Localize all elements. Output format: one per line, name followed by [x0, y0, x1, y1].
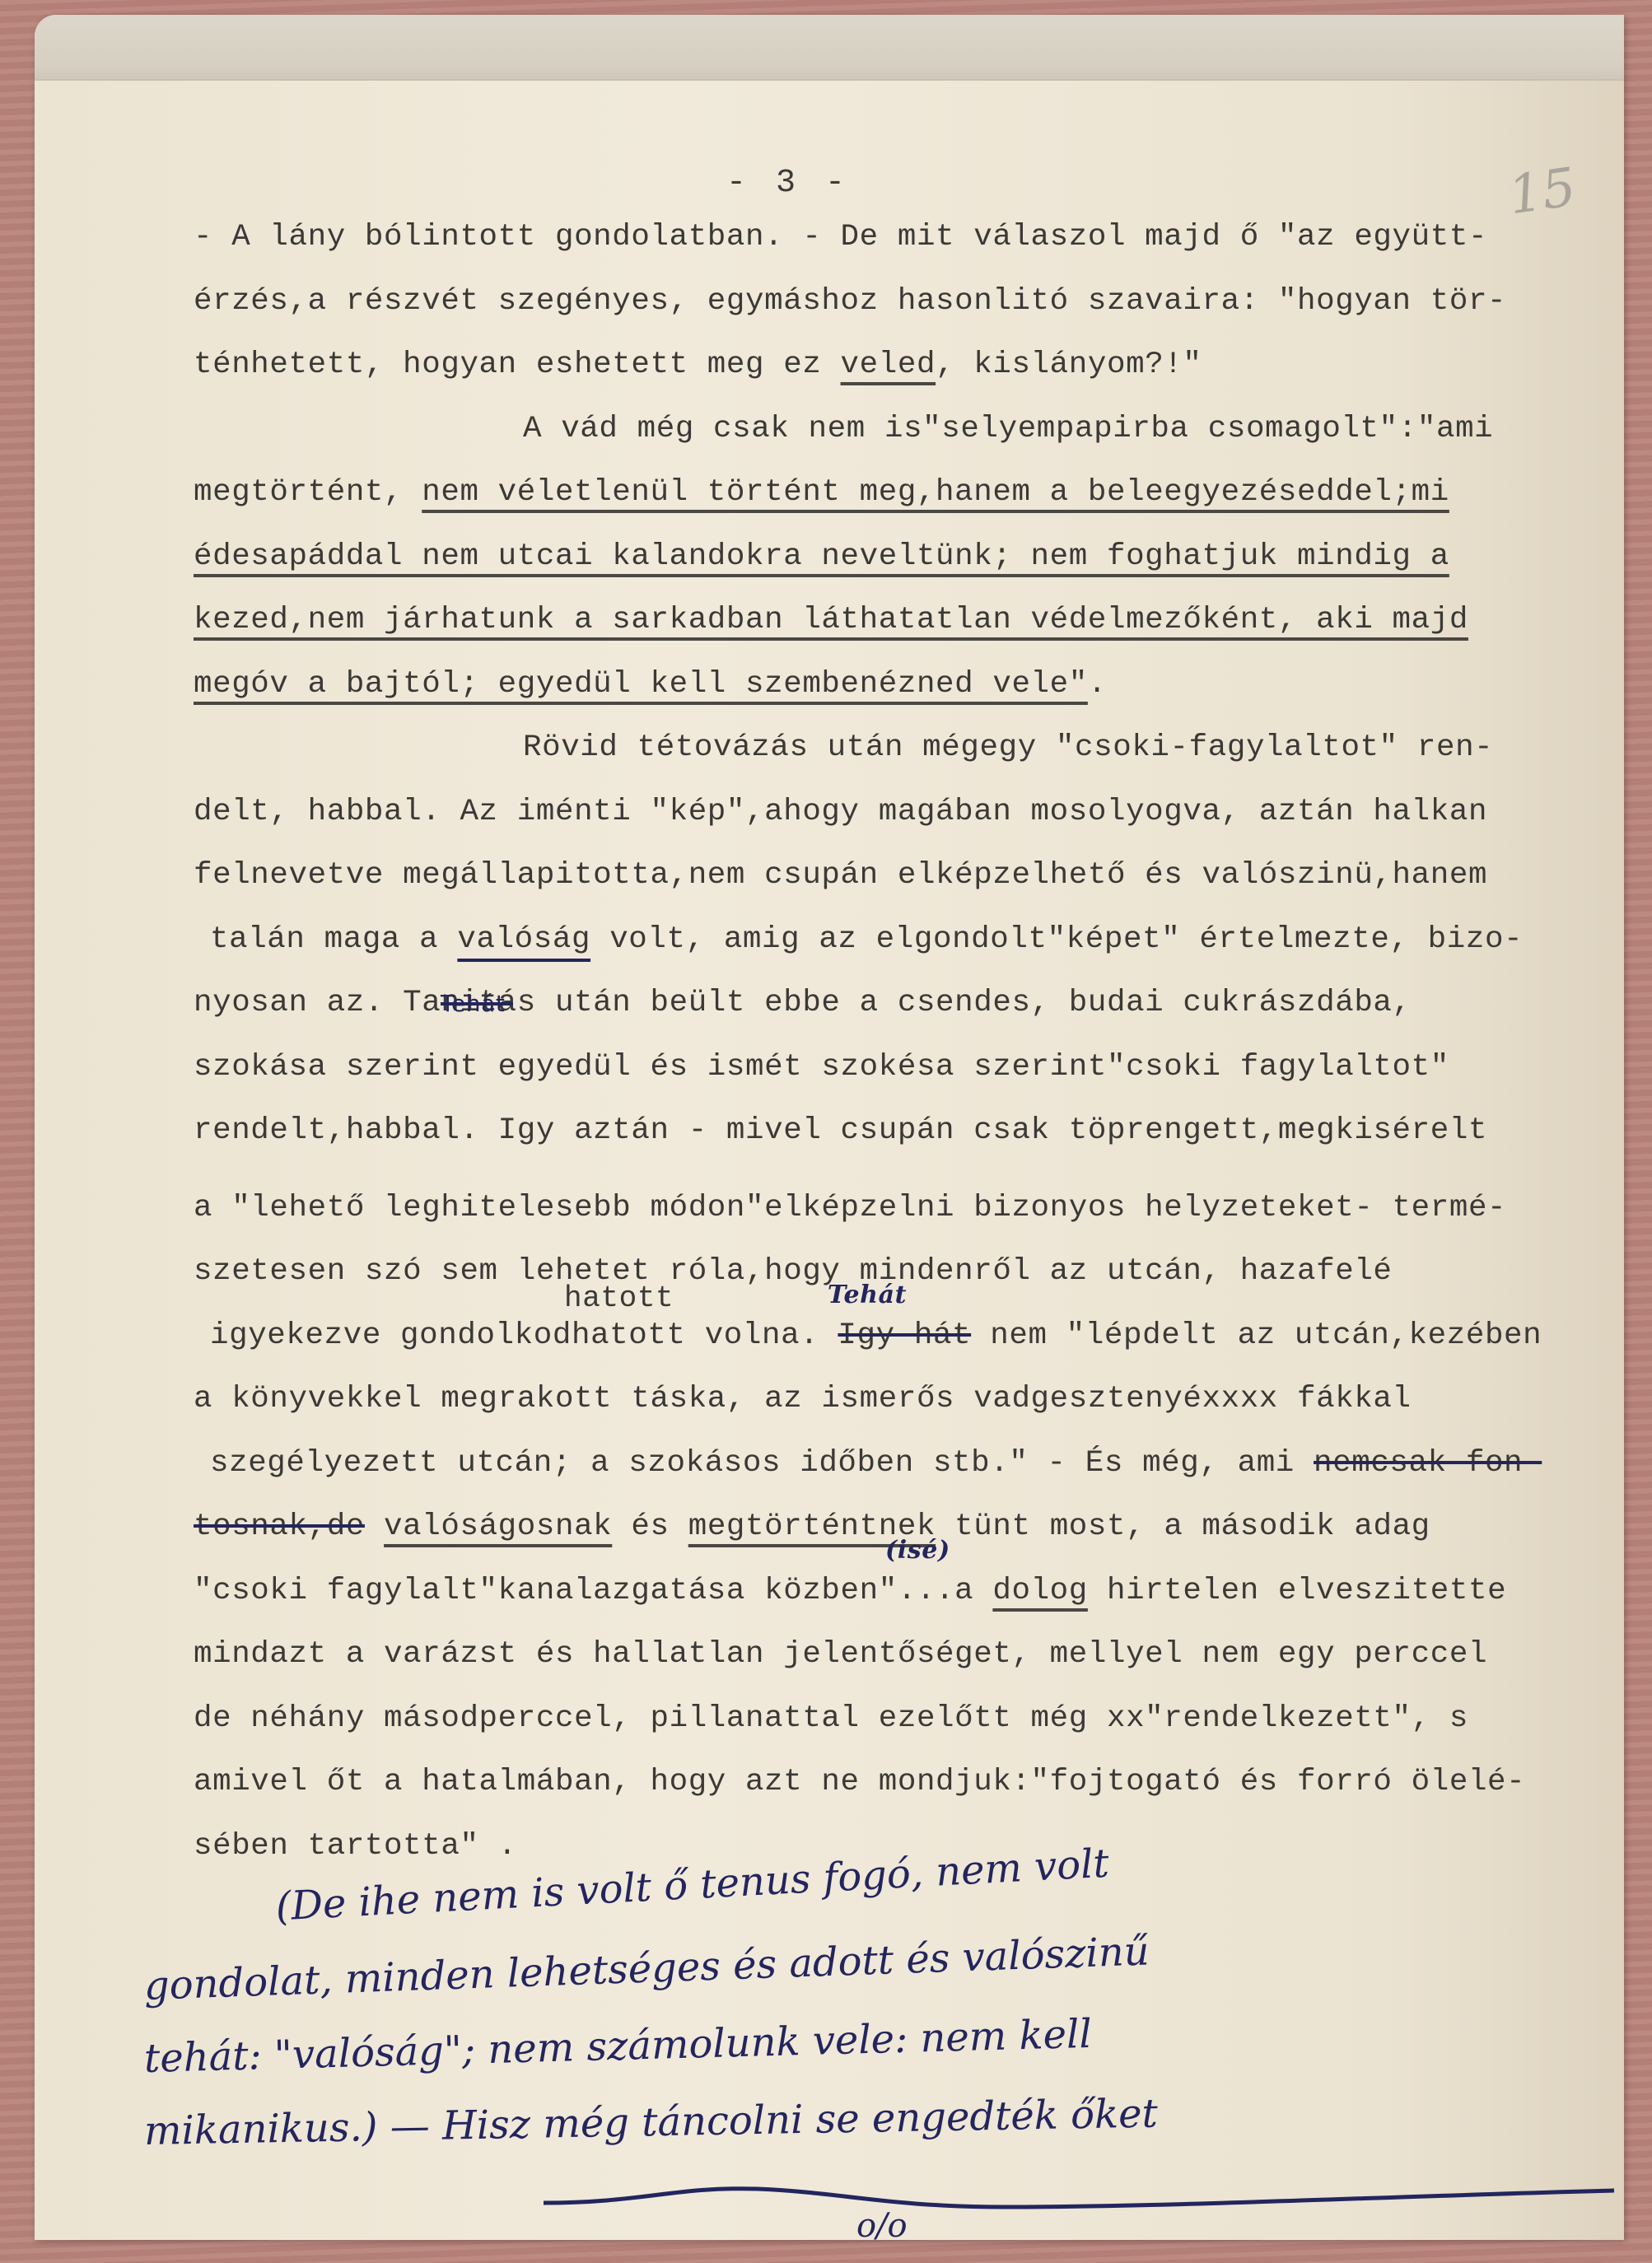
typed-line: mindazt a varázst és hallatlan jelentősé… — [194, 1623, 1594, 1687]
typed-line: amivel őt a hatalmában, hogy azt ne mond… — [194, 1751, 1594, 1815]
typed-line: igyekezve gondolkodhatott volna. Igy hát… — [194, 1304, 1594, 1369]
typed-line: szegélyezett utcán; a szokásos időben st… — [194, 1432, 1594, 1496]
typed-body: - A lány bólintott gondolatban. - De mit… — [194, 206, 1594, 1878]
typed-line: de néhány másodperccel, pillanattal ezel… — [194, 1687, 1594, 1752]
typed-line: ténhetett, hogyan eshetett meg ez veled,… — [194, 334, 1594, 398]
page-fold — [35, 15, 1624, 81]
typed-line: szokása szerint egyedül és ismét szokésa… — [194, 1036, 1594, 1100]
typed-line: érzés,a részvét szegényes, egymáshoz has… — [194, 270, 1594, 334]
typed-line: Rövid tétovázás után mégegy "csoki-fagyl… — [194, 716, 1594, 781]
pen-insertion: (isé) — [885, 1519, 950, 1583]
typed-line: a "lehető leghitelesebb módon"elképzelni… — [194, 1177, 1594, 1241]
typed-line: felnevetve megállapitotta,nem csupán elk… — [194, 844, 1594, 908]
typed-line: a könyvekkel megrakott táska, az ismerős… — [194, 1368, 1594, 1432]
page-number: - 3 - — [726, 165, 850, 202]
typed-line: megóv a bajtól; egyedül kell szembenézne… — [194, 653, 1594, 717]
typed-line: édesapáddal nem utcai kalandokra neveltü… — [194, 525, 1594, 590]
typed-line: kezed,nem járhatunk a sarkadban láthatat… — [194, 589, 1594, 653]
typed-line: talán maga a valóság volt, amig az elgon… — [194, 908, 1594, 973]
end-wavy-line — [544, 2182, 1614, 2215]
typed-line: A vád még csak nem is"selyempapirba csom… — [194, 398, 1594, 462]
handwritten-note: (De ihe nem is volt ő tenus fogó, nem vo… — [144, 1878, 1610, 2167]
struck-correction: Tehát — [441, 972, 513, 1036]
typed-line: rendelt,habbal. Igy aztán - mivel csupán… — [194, 1099, 1594, 1164]
typed-line: - A lány bólintott gondolatban. - De mit… — [194, 206, 1594, 270]
typed-line: nyosan az. Tanitás után beült ebbe a cse… — [194, 972, 1594, 1036]
typed-line: delt, habbal. Az iménti "kép",ahogy magá… — [194, 781, 1594, 845]
typed-line: "csoki fagylalt"kanalazgatása közben"...… — [194, 1560, 1594, 1624]
typed-insertion: hatott — [564, 1267, 674, 1331]
end-mark: o/o — [856, 2207, 908, 2245]
pen-insertion: Tehát — [828, 1263, 907, 1327]
typed-line: megtörtént, nem véletlenül történt meg,h… — [194, 461, 1594, 525]
